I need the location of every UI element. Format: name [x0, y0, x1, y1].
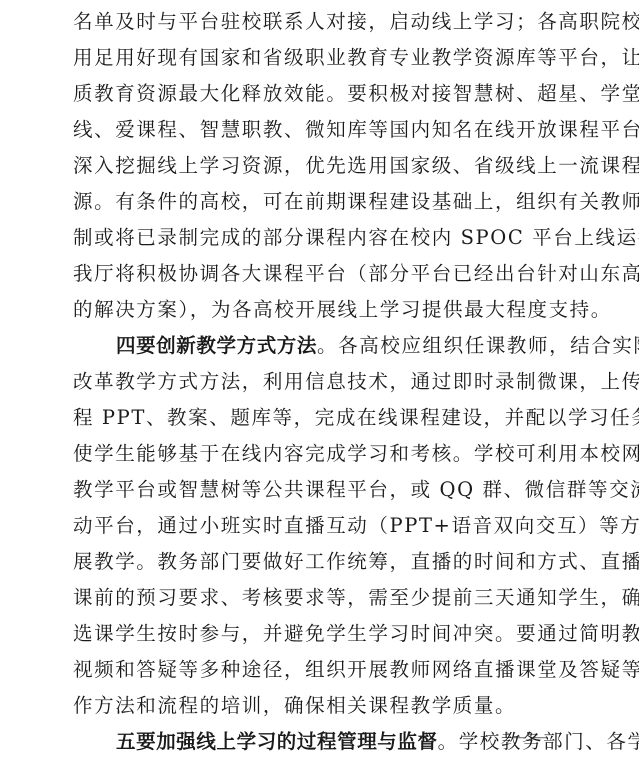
section-5-heading: 五要加强线上学习的过程管理与监督 — [116, 730, 438, 753]
section-4-heading-rest: 。各高校应组织任课教师，结合实际 — [317, 334, 639, 357]
section-4-heading: 四要创新教学方式方法 — [116, 334, 317, 357]
paragraph-line: 作方法和流程的培训，确保相关课程教学质量。 — [73, 688, 570, 724]
paragraph-line: 展教学。教务部门要做好工作统筹，直播的时间和方式、直播授 — [73, 544, 570, 580]
paragraph-line: 质教育资源最大化释放效能。要积极对接智慧树、超星、学堂在 — [73, 76, 570, 112]
paragraph-line: 动平台，通过小班实时直播互动（PPT+语音双向交互）等方式开 — [73, 508, 570, 544]
paragraph-line: 名单及时与平台驻校联系人对接，启动线上学习；各高职院校要 — [73, 4, 570, 40]
paragraph-line: 视频和答疑等多种途径，组织开展教师网络直播课堂及答疑等操 — [73, 652, 570, 688]
paragraph-line: 课前的预习要求、考核要求等，需至少提前三天通知学生，确保 — [73, 580, 570, 616]
document-page: 名单及时与平台驻校联系人对接，启动线上学习；各高职院校要 用足用好现有国家和省级… — [73, 4, 570, 759]
paragraph-line: 选课学生按时参与，并避免学生学习时间冲突。要通过简明教程、 — [73, 616, 570, 652]
paragraph-line: 深入挖掘线上学习资源，优先选用国家级、省级线上一流课程资 — [73, 148, 570, 184]
paragraph-line: 制或将已录制完成的部分课程内容在校内 SPOC 平台上线运行。 — [73, 220, 570, 256]
paragraph-line: 教学平台或智慧树等公共课程平台，或 QQ 群、微信群等交流互 — [73, 472, 570, 508]
paragraph-line: 的解决方案），为各高校开展线上学习提供最大程度支持。 — [73, 292, 570, 328]
paragraph-line: 源。有条件的高校，可在前期课程建设基础上，组织有关教师录 — [73, 184, 570, 220]
paragraph-line: 线、爱课程、智慧职教、微知库等国内知名在线开放课程平台， — [73, 112, 570, 148]
paragraph-line: 用足用好现有国家和省级职业教育专业教学资源库等平台，让优 — [73, 40, 570, 76]
paragraph-line: 改革教学方式方法，利用信息技术，通过即时录制微课，上传课 — [73, 364, 570, 400]
paragraph-line: 使学生能够基于在线内容完成学习和考核。学校可利用本校网络 — [73, 436, 570, 472]
section-4-first-line: 四要创新教学方式方法。各高校应组织任课教师，结合实际 — [73, 328, 570, 364]
page-number: —3— — [512, 730, 547, 746]
paragraph-line: 程 PPT、教案、题库等，完成在线课程建设，并配以学习任务单， — [73, 400, 570, 436]
paragraph-line: 我厅将积极协调各大课程平台（部分平台已经出台针对山东高校 — [73, 256, 570, 292]
section-5-first-line: 五要加强线上学习的过程管理与监督。学校教务部门、各学 — [73, 724, 570, 759]
